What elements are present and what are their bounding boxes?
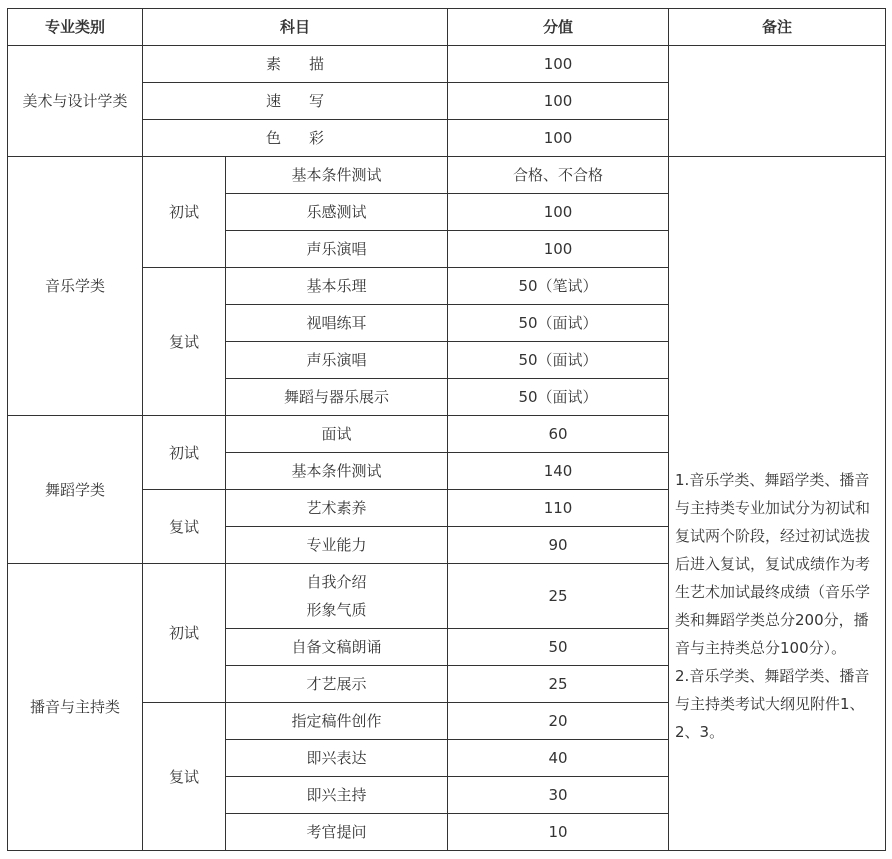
subject-cell: 素描: [143, 46, 448, 83]
score-cell: 25: [448, 666, 669, 703]
stage-cell: 复试: [143, 490, 226, 564]
score-cell: 50（面试）: [448, 379, 669, 416]
score-cell: 100: [448, 120, 669, 157]
subject-cell: 才艺展示: [226, 666, 448, 703]
score-cell: 50: [448, 629, 669, 666]
score-cell: 100: [448, 46, 669, 83]
subject-cell: 基本乐理: [226, 268, 448, 305]
stage-cell: 复试: [143, 268, 226, 416]
subject-cell: 面试: [226, 416, 448, 453]
category-cell: 舞蹈学类: [8, 416, 143, 564]
category-cell: 播音与主持类: [8, 564, 143, 851]
category-cell: 音乐学类: [8, 157, 143, 416]
score-cell: 100: [448, 231, 669, 268]
score-cell: 60: [448, 416, 669, 453]
note-1: 1.音乐学类、舞蹈学类、播音与主持类专业加试分为初试和复试两个阶段，经过初试选拔…: [675, 466, 879, 662]
header-notes: 备注: [669, 9, 886, 46]
score-cell: 20: [448, 703, 669, 740]
subject-cell: 考官提问: [226, 814, 448, 851]
subject-cell: 指定稿件创作: [226, 703, 448, 740]
score-cell: 50（面试）: [448, 342, 669, 379]
score-cell: 40: [448, 740, 669, 777]
subject-cell: 艺术素养: [226, 490, 448, 527]
score-cell: 90: [448, 527, 669, 564]
subject-cell: 专业能力: [226, 527, 448, 564]
score-cell: 100: [448, 194, 669, 231]
score-cell: 50（面试）: [448, 305, 669, 342]
score-cell: 合格、不合格: [448, 157, 669, 194]
subject-cell: 速写: [143, 83, 448, 120]
score-cell: 30: [448, 777, 669, 814]
subject-cell: 声乐演唱: [226, 342, 448, 379]
score-cell: 110: [448, 490, 669, 527]
subject-cell: 乐感测试: [226, 194, 448, 231]
subject-cell: 即兴表达: [226, 740, 448, 777]
subject-cell: 声乐演唱: [226, 231, 448, 268]
subject-cell: 自备文稿朗诵: [226, 629, 448, 666]
subject-cell: 基本条件测试: [226, 157, 448, 194]
stage-cell: 初试: [143, 416, 226, 490]
notes-cell-empty: [669, 46, 886, 157]
score-cell: 100: [448, 83, 669, 120]
stage-cell: 初试: [143, 564, 226, 703]
stage-cell: 初试: [143, 157, 226, 268]
header-category: 专业类别: [8, 9, 143, 46]
subject-line: 自我介绍: [226, 568, 447, 596]
subject-cell: 舞蹈与器乐展示: [226, 379, 448, 416]
subject-cell: 即兴主持: [226, 777, 448, 814]
category-cell: 美术与设计学类: [8, 46, 143, 157]
score-cell: 50（笔试）: [448, 268, 669, 305]
subject-cell: 自我介绍 形象气质: [226, 564, 448, 629]
header-row: 专业类别 科目 分值 备注: [8, 9, 886, 46]
note-2: 2.音乐学类、舞蹈学类、播音与主持类考试大纲见附件1、2、3。: [675, 662, 879, 746]
subject-cell: 色彩: [143, 120, 448, 157]
subject-line: 形象气质: [226, 596, 447, 624]
header-subject: 科目: [143, 9, 448, 46]
score-cell: 25: [448, 564, 669, 629]
score-table: 专业类别 科目 分值 备注 美术与设计学类 素描 100 速写 100 色彩 1…: [7, 8, 886, 851]
header-score: 分值: [448, 9, 669, 46]
stage-cell: 复试: [143, 703, 226, 851]
subject-cell: 视唱练耳: [226, 305, 448, 342]
table-row: 音乐学类 初试 基本条件测试 合格、不合格 1.音乐学类、舞蹈学类、播音与主持类…: [8, 157, 886, 194]
table-row: 美术与设计学类 素描 100: [8, 46, 886, 83]
notes-cell: 1.音乐学类、舞蹈学类、播音与主持类专业加试分为初试和复试两个阶段，经过初试选拔…: [669, 157, 886, 851]
subject-cell: 基本条件测试: [226, 453, 448, 490]
score-cell: 140: [448, 453, 669, 490]
score-cell: 10: [448, 814, 669, 851]
